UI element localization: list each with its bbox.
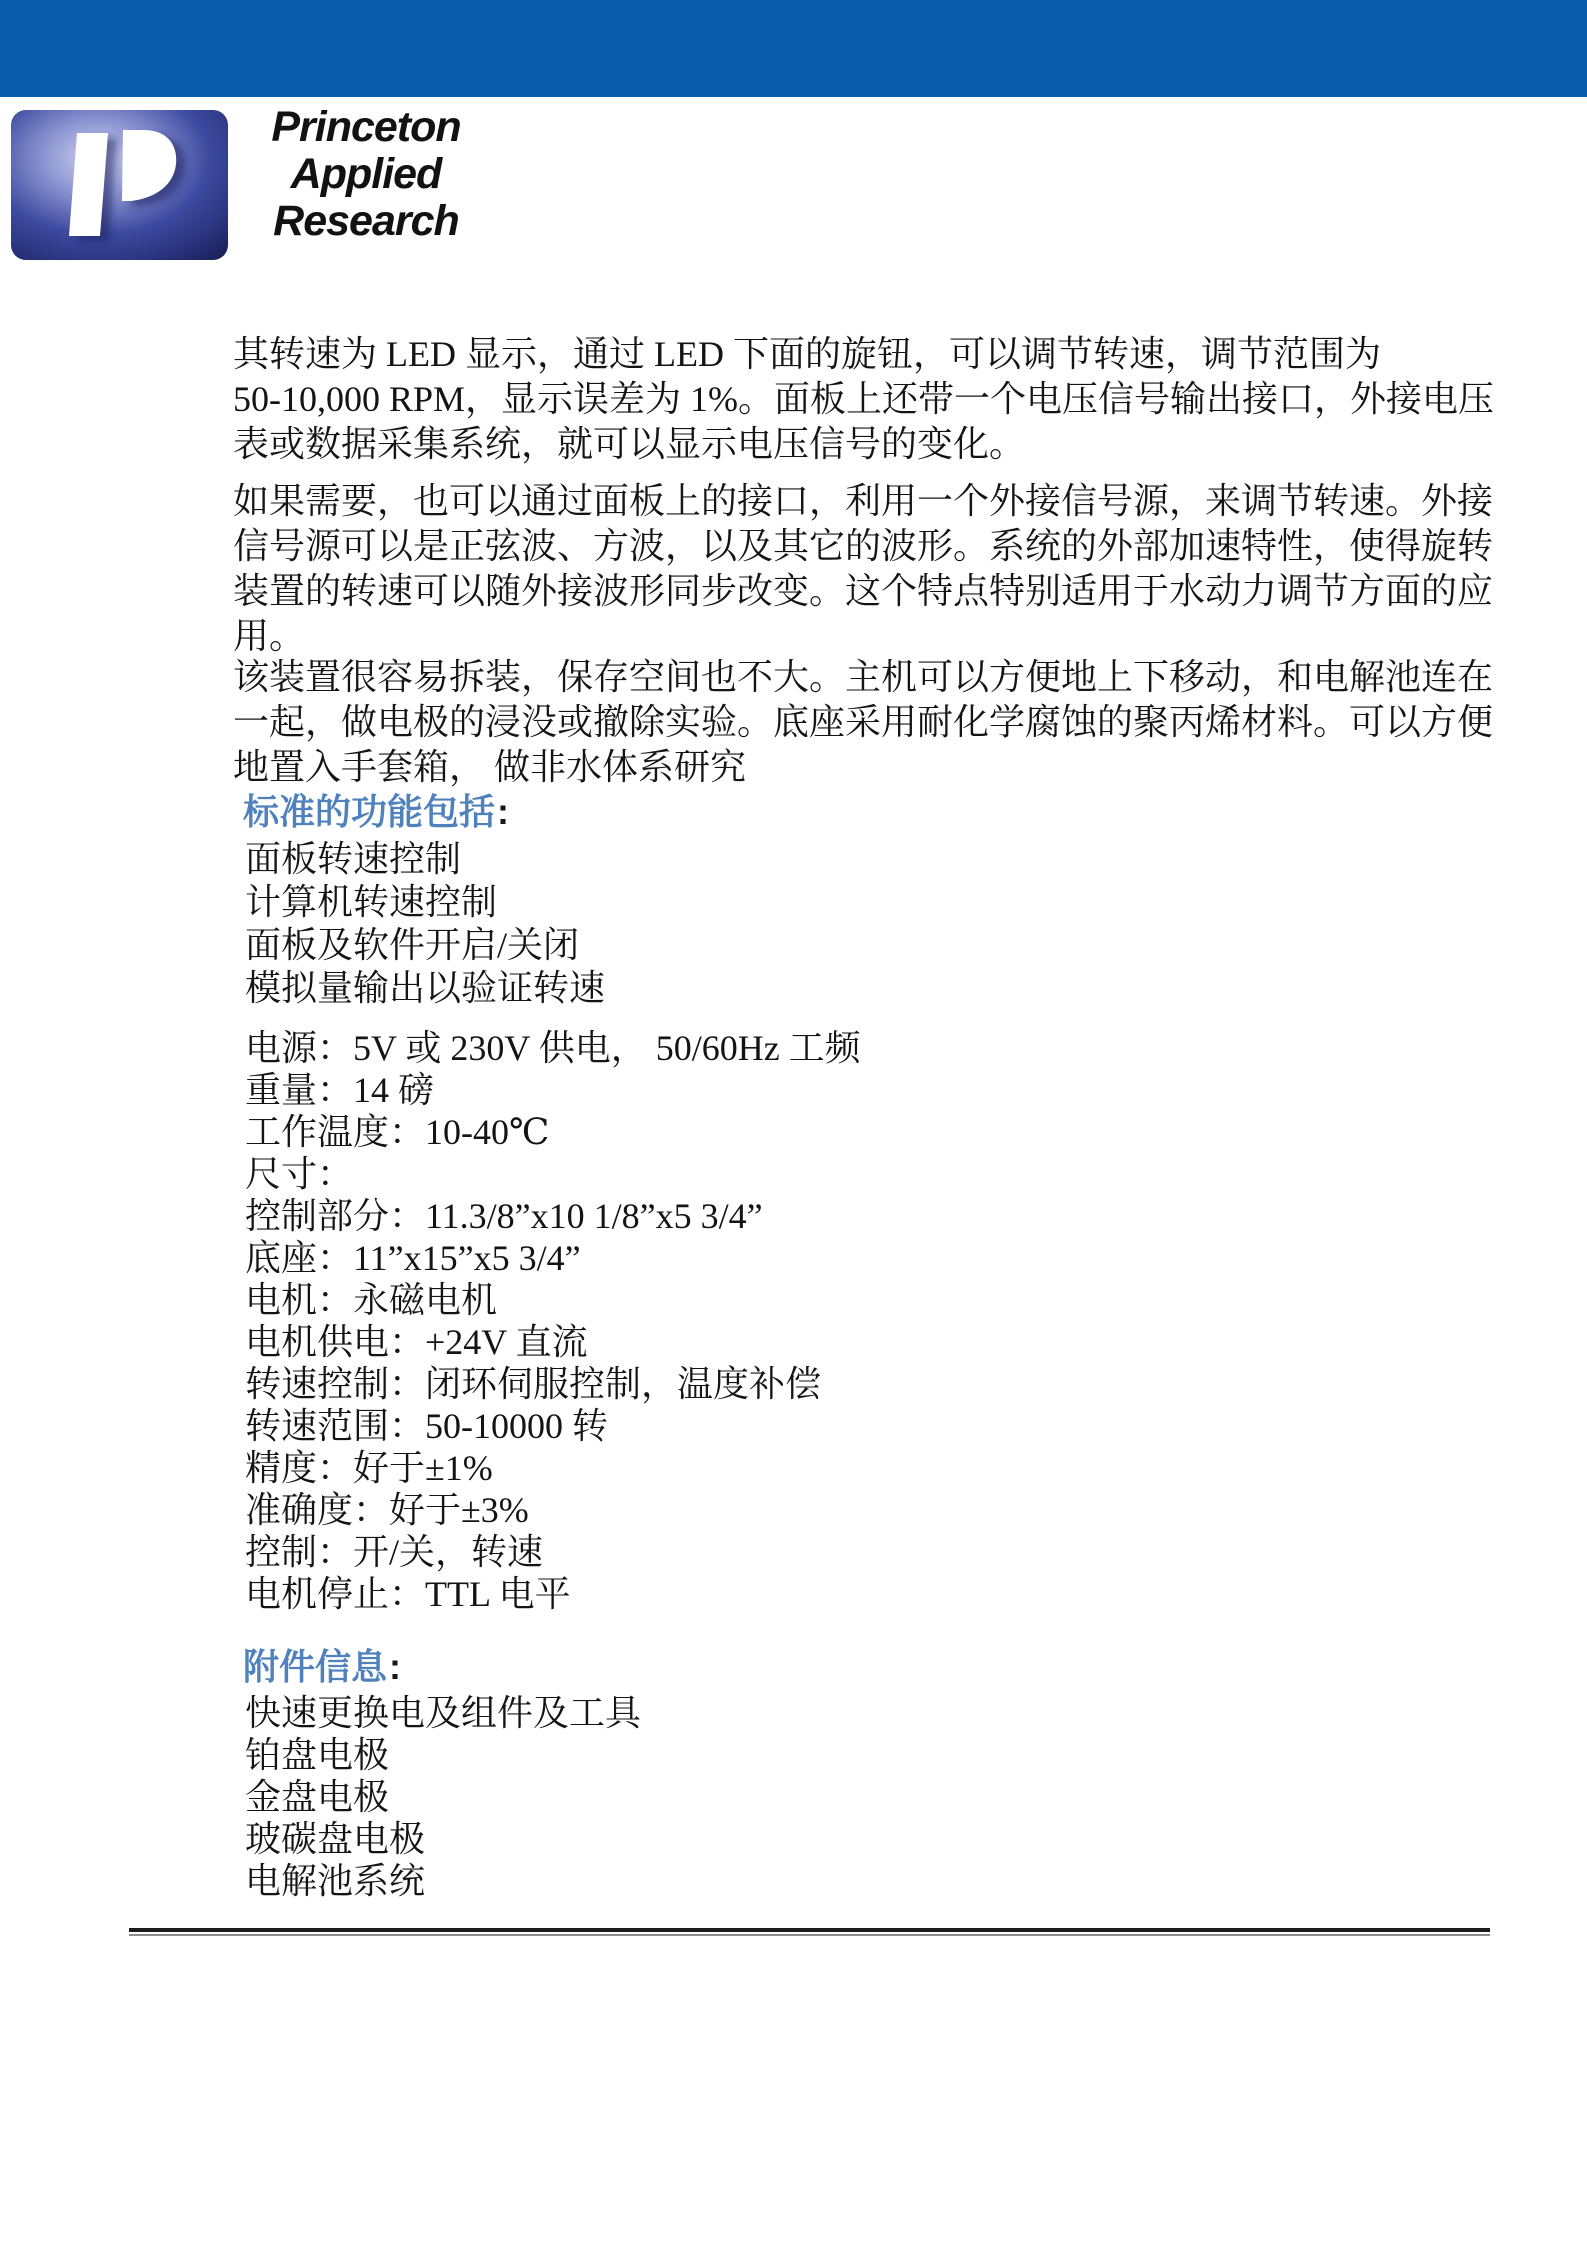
spec-item: 控制部分：11.3/8”x10 1/8”x5 3/4” [245, 1195, 1505, 1237]
top-banner [0, 0, 1587, 97]
spec-item: 电机供电：+24V 直流 [245, 1321, 1505, 1363]
accessory-item: 铂盘电极 [245, 1734, 1505, 1776]
section-heading-colon: : [497, 791, 509, 832]
paragraph-3: 该装置很容易拆装，保存空间也不大。主机可以方便地上下移动，和电解池连在 一起，做… [233, 655, 1493, 790]
feature-item: 面板转速控制 [245, 838, 1505, 881]
feature-item: 面板及软件开启/关闭 [245, 924, 1505, 967]
paragraph-line: 如果需要，也可以通过面板上的接口，利用一个外接信号源，来调节转速。外接 [233, 479, 1493, 524]
section-divider [129, 1928, 1490, 1936]
specs-list: 电源：5V 或 230V 供电， 50/60Hz 工频 重量：14 磅 工作温度… [245, 1027, 1505, 1615]
accessory-item: 电解池系统 [245, 1860, 1505, 1902]
accessory-item: 快速更换电及组件及工具 [245, 1692, 1505, 1734]
accessory-item: 玻碳盘电极 [245, 1818, 1505, 1860]
paragraph-line: 其转速为 LED 显示，通过 LED 下面的旋钮，可以调节转速，调节范围为 [233, 332, 1493, 377]
spec-item: 转速控制：闭环伺服控制，温度补偿 [245, 1363, 1505, 1405]
section-heading-label: 标准的功能包括 [243, 791, 495, 832]
company-name-line: Applied [246, 151, 486, 198]
par-monogram-icon [11, 110, 228, 260]
par-logo [11, 110, 228, 260]
paragraph-line: 地置入手套箱， 做非水体系研究 [233, 745, 1493, 790]
company-name-line: Research [246, 198, 486, 245]
spec-item: 精度：好于±1% [245, 1447, 1505, 1489]
section-heading-colon: : [389, 1646, 401, 1687]
paragraph-line: 50-10,000 RPM，显示误差为 1%。面板上还带一个电压信号输出接口，外… [233, 377, 1493, 422]
spec-item: 转速范围：50-10000 转 [245, 1405, 1505, 1447]
paragraph-line: 装置的转速可以随外接波形同步改变。这个特点特别适用于水动力调节方面的应 [233, 569, 1493, 614]
paragraph-line: 信号源可以是正弦波、方波，以及其它的波形。系统的外部加速特性，使得旋转 [233, 524, 1493, 569]
feature-item: 模拟量输出以验证转速 [245, 967, 1505, 1010]
spec-item: 重量：14 磅 [245, 1069, 1505, 1111]
section-heading-label: 附件信息 [243, 1646, 387, 1687]
accessories-list: 快速更换电及组件及工具 铂盘电极 金盘电极 玻碳盘电极 电解池系统 [245, 1692, 1505, 1902]
section-heading-features: 标准的功能包括: [243, 788, 509, 836]
spec-item: 控制：开/关，转速 [245, 1531, 1505, 1573]
company-name: Princeton Applied Research [246, 104, 486, 245]
features-list: 面板转速控制 计算机转速控制 面板及软件开启/关闭 模拟量输出以验证转速 [245, 838, 1505, 1010]
paragraph-line: 表或数据采集系统，就可以显示电压信号的变化。 [233, 422, 1493, 467]
document-page: Princeton Applied Research 其转速为 LED 显示，通… [0, 0, 1587, 2245]
spec-item: 底座：11”x15”x5 3/4” [245, 1237, 1505, 1279]
paragraph-2: 如果需要，也可以通过面板上的接口，利用一个外接信号源，来调节转速。外接 信号源可… [233, 479, 1493, 659]
spec-item: 准确度：好于±3% [245, 1489, 1505, 1531]
accessory-item: 金盘电极 [245, 1776, 1505, 1818]
spec-item: 工作温度：10-40℃ [245, 1111, 1505, 1153]
paragraph-line: 一起，做电极的浸没或撤除实验。底座采用耐化学腐蚀的聚丙烯材料。可以方便 [233, 700, 1493, 745]
spec-item: 电机停止：TTL 电平 [245, 1573, 1505, 1615]
company-name-line: Princeton [246, 104, 486, 151]
paragraph-1: 其转速为 LED 显示，通过 LED 下面的旋钮，可以调节转速，调节范围为 50… [233, 332, 1493, 467]
paragraph-line: 该装置很容易拆装，保存空间也不大。主机可以方便地上下移动，和电解池连在 [233, 655, 1493, 700]
section-heading-accessories: 附件信息: [243, 1643, 401, 1691]
feature-item: 计算机转速控制 [245, 881, 1505, 924]
spec-item: 电机：永磁电机 [245, 1279, 1505, 1321]
spec-item: 电源：5V 或 230V 供电， 50/60Hz 工频 [245, 1027, 1505, 1069]
spec-item: 尺寸： [245, 1153, 1505, 1195]
paragraph-line: 用。 [233, 614, 1493, 659]
